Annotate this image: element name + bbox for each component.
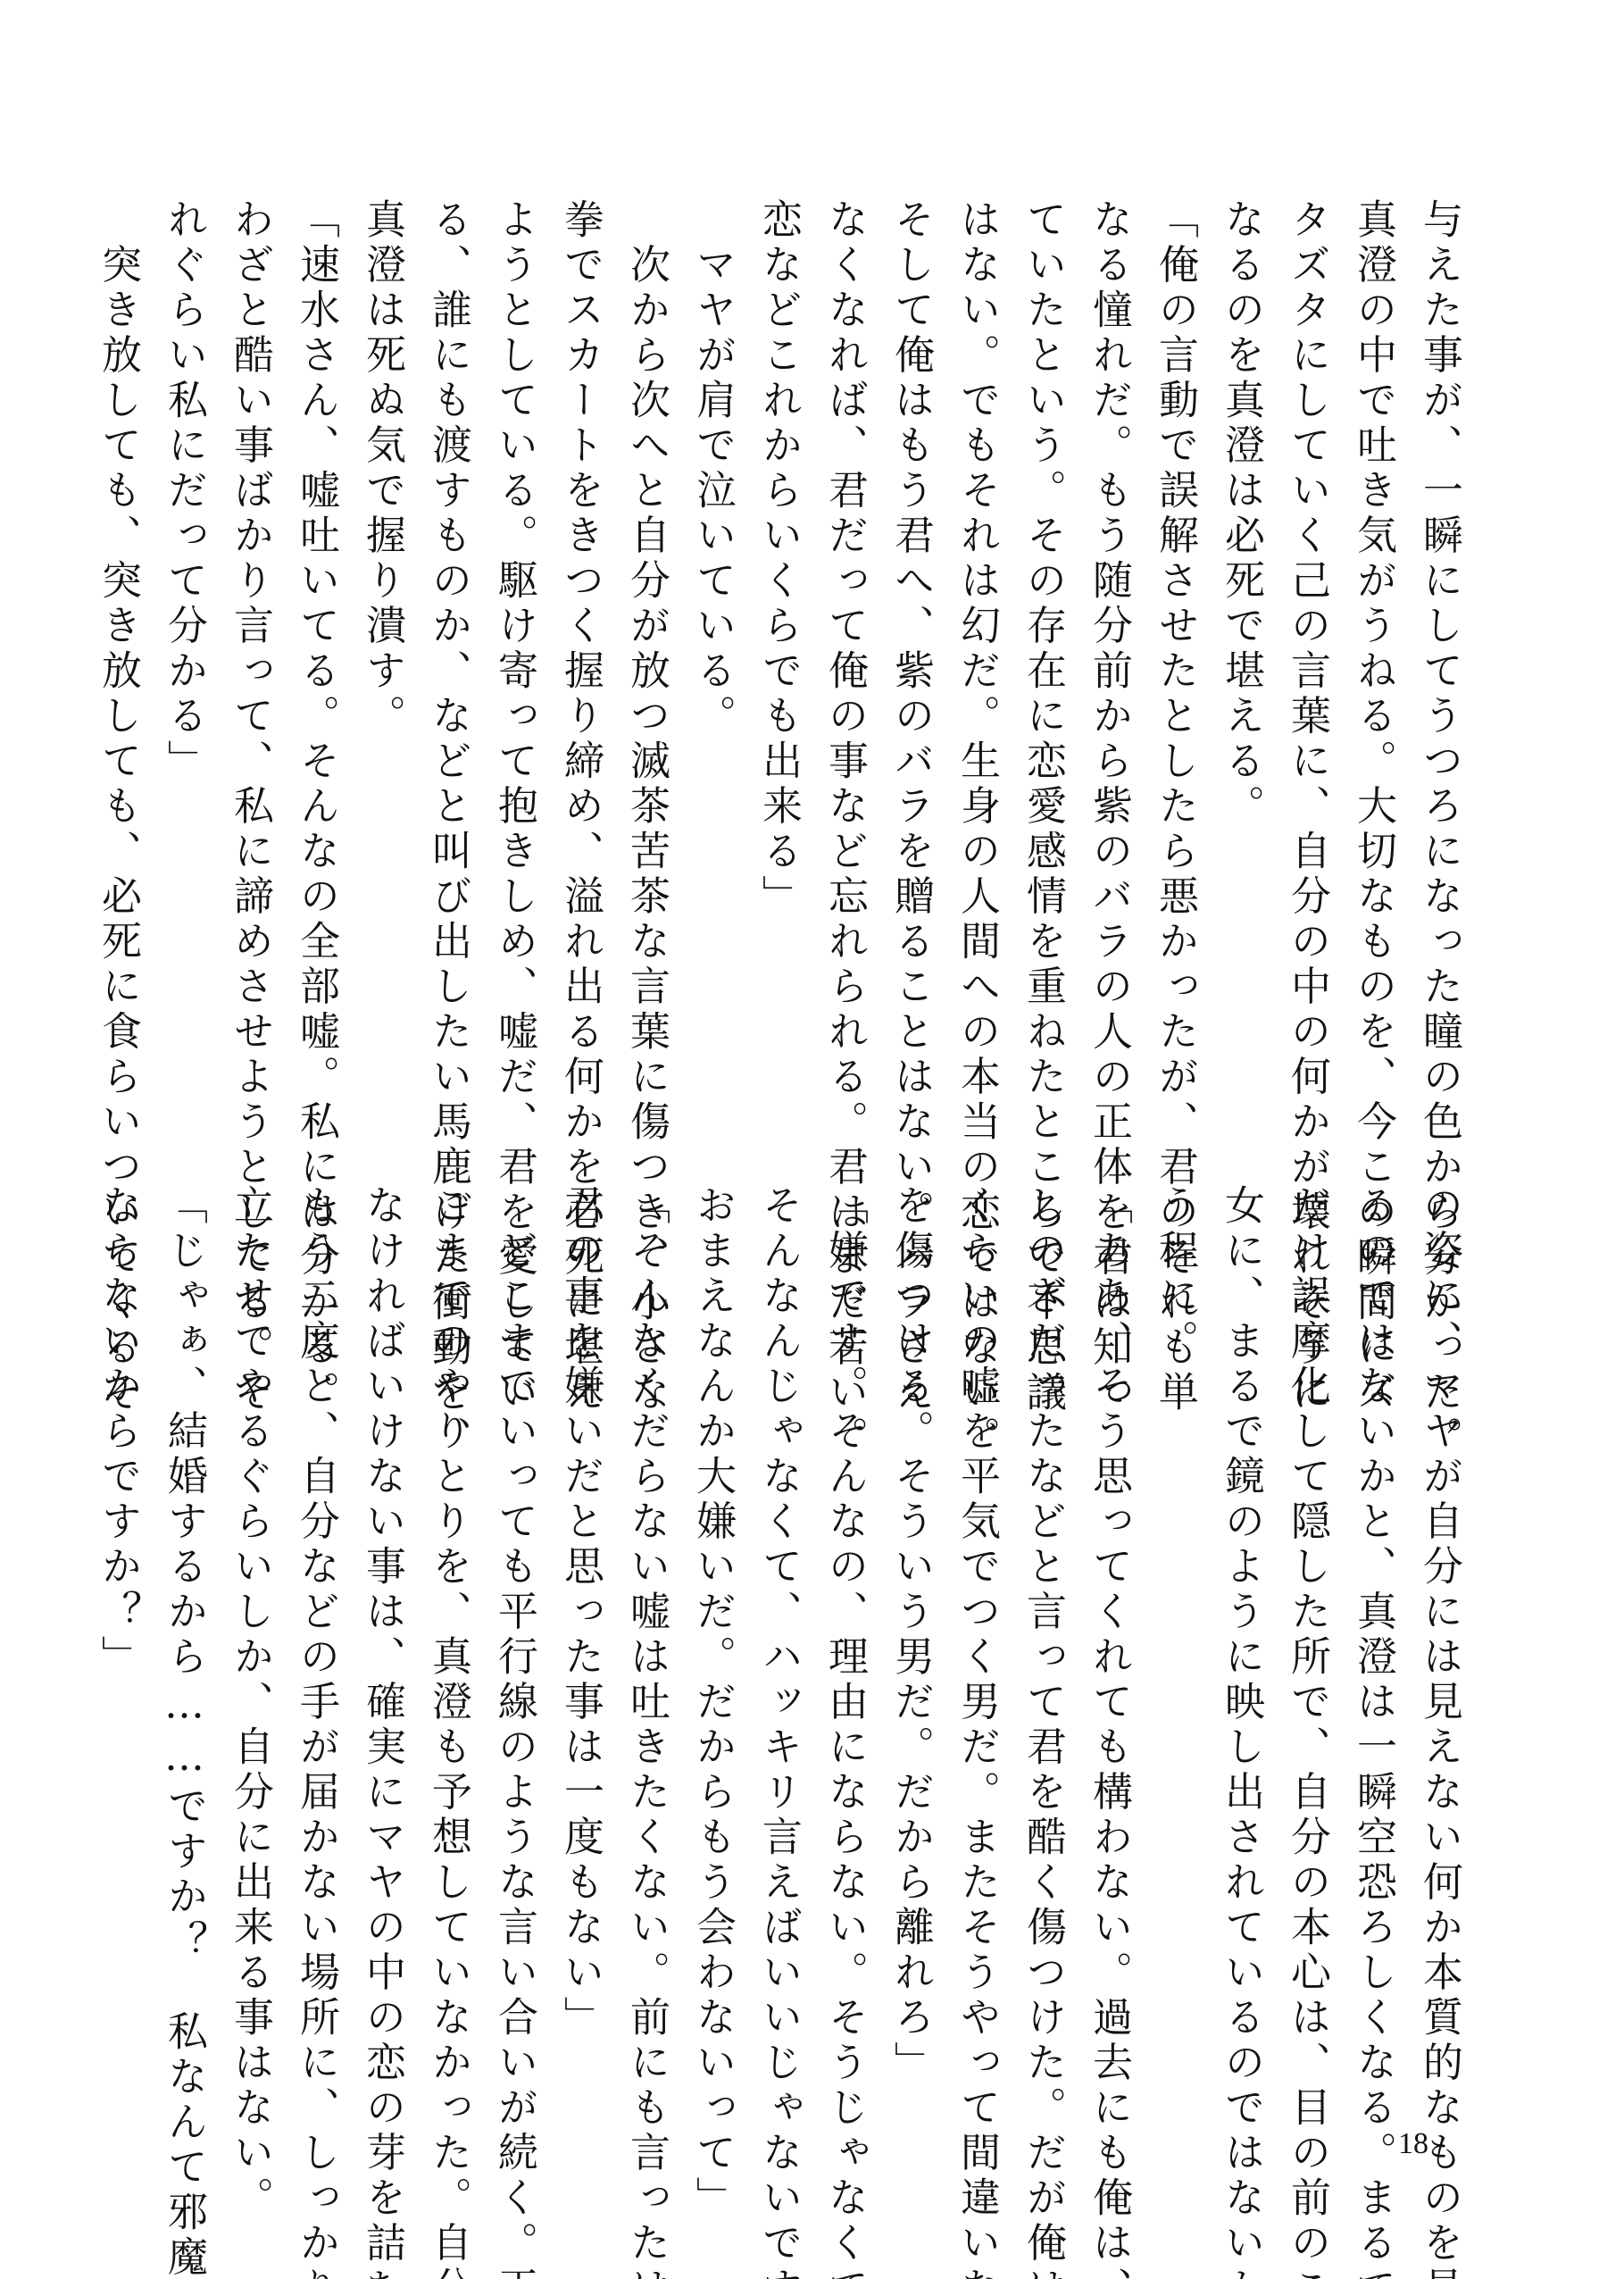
text-column: 恋などこれからいくらでも出来る」 — [754, 198, 804, 1105]
text-column: れぐらい私にだって分かる」 — [159, 198, 209, 1105]
text-block-top: 与えた事が、一瞬にしてうつろになった瞳の色から分かった。 真澄の中で吐き気がうね… — [0, 198, 1624, 1109]
text-column: 女に、まるで鏡のように映し出されているのではないかと思 — [1216, 1184, 1266, 2091]
text-column: 「ああ、そう思ってくれても構わない。過去にも俺は、退屈 — [1084, 1184, 1134, 2091]
text-column: を傷つける。そういう男だ。だから離れろ」 — [886, 1184, 936, 2091]
text-column: ようとしている。駆け寄って抱きしめ、嘘だ、君を愛してい — [489, 198, 539, 1105]
text-column: どこまでいっても平行線のような言い合いが続く。正直こ — [489, 1184, 539, 2091]
text-column: 「そんなくだらない嘘は吐きたくない。前にも言ったはずだ。 — [621, 1184, 671, 2091]
text-column: 与えた事が、一瞬にしてうつろになった瞳の色から分かった。 — [1414, 198, 1464, 1105]
text-column: の姿に、マヤが自分には見えない何か本質的なものを見てい — [1414, 1184, 1464, 2091]
text-column: 「俺の言動で誤解させたとしたら悪かったが、君のそれも単 — [1150, 198, 1200, 1105]
text-column: そして俺はもう君へ、紫のバラを贈ることはない。バラさえ — [886, 198, 936, 1105]
text-column: ならないからですか？」 — [93, 1184, 143, 2091]
text-column: なるのを真澄は必死で堪える。 — [1216, 198, 1266, 1105]
text-column: ていたという。その存在に恋愛感情を重ねたところで不思議 — [1018, 198, 1068, 1105]
text-column: しのぎだったなどと言って君を酷く傷つけた。だが俺はあの — [1018, 1184, 1068, 2091]
page-number: 18 — [1398, 2127, 1428, 2161]
text-column: 「嫌です。そんなの、理由にならない。そうじゃなくて……、 — [820, 1184, 870, 2091]
text-column: なる憧れだ。もう随分前から紫のバラの人の正体を君は知っ — [1084, 198, 1134, 1105]
text-column: 次から次へと自分が放つ滅茶苦茶な言葉に傷つき、小さな — [621, 198, 671, 1105]
text-column: 君の事を嫌いだと思った事は一度もない」 — [555, 1184, 605, 2091]
text-column: 立たせてやるぐらいしか、自分に出来る事はない。 — [225, 1184, 275, 2091]
text-column: う程に。 — [1150, 1184, 1200, 2091]
text-column: もう二度と、自分などの手が届かない場所に、しっかりと旅 — [291, 1184, 341, 2091]
text-column: 「じゃぁ、結婚するから……ですか？ 私なんて邪魔にしか — [159, 1184, 209, 2091]
text-column: おまえなんか大嫌いだ。だからもう会わないって」 — [687, 1184, 737, 2091]
text-column: わざと酷い事ばかり言って、私に諦めさせようとしてる。そ — [225, 198, 275, 1105]
text-column: 真澄は死ぬ気で握り潰す。 — [357, 198, 407, 1105]
text-column: だけ誤摩化して隠した所で、自分の本心は、目の前のこの少 — [1282, 1184, 1332, 2091]
text-column: るのではないかと、真澄は一瞬空恐ろしくなる。まるでどれ — [1348, 1184, 1398, 2091]
text-column: 真澄の中で吐き気がうねる。大切なものを、今この瞬間にズ — [1348, 198, 1398, 1105]
text-column: くらいの嘘を平気でつく男だ。またそうやって間違いなく君 — [952, 1184, 1002, 2091]
text-column: る、誰にも渡すものか、などと叫び出したい馬鹿げた衝動を、 — [423, 198, 473, 1105]
text-column: こまでのやりとりを、真澄も予想していなかった。自分がし — [423, 1184, 473, 2091]
book-page: 与えた事が、一瞬にしてうつろになった瞳の色から分かった。 真澄の中で吐き気がうね… — [0, 0, 1624, 2279]
text-block-bottom: の姿に、マヤが自分には見えない何か本質的なものを見てい るのではないかと、真澄は… — [0, 1184, 1624, 2095]
text-column: なければいけない事は、確実にマヤの中の恋の芽を詰む事だ。 — [357, 1184, 407, 2091]
text-column: 突き放しても、突き放しても、必死に食らいついてくるそ — [93, 198, 143, 1105]
text-column: 拳でスカートをきつく握り締め、溢れ出る何かを必死に堪え — [555, 198, 605, 1105]
text-column: マヤが肩で泣いている。 — [687, 198, 737, 1105]
text-column: そんなんじゃなくて、ハッキリ言えばいいじゃないですか。 — [754, 1184, 804, 2091]
text-column: なくなれば、君だって俺の事など忘れられる。君はまだ若い。 — [820, 198, 870, 1105]
text-column: はない。でもそれは幻だ。生身の人間への本当の恋ではない。 — [952, 198, 1002, 1105]
text-column: タズタにしていく己の言葉に、自分の中の何かが壊れそうに — [1282, 198, 1332, 1105]
text-column: 「速水さん、嘘吐いてる。そんなの全部嘘。私には分かる。 — [291, 198, 341, 1105]
